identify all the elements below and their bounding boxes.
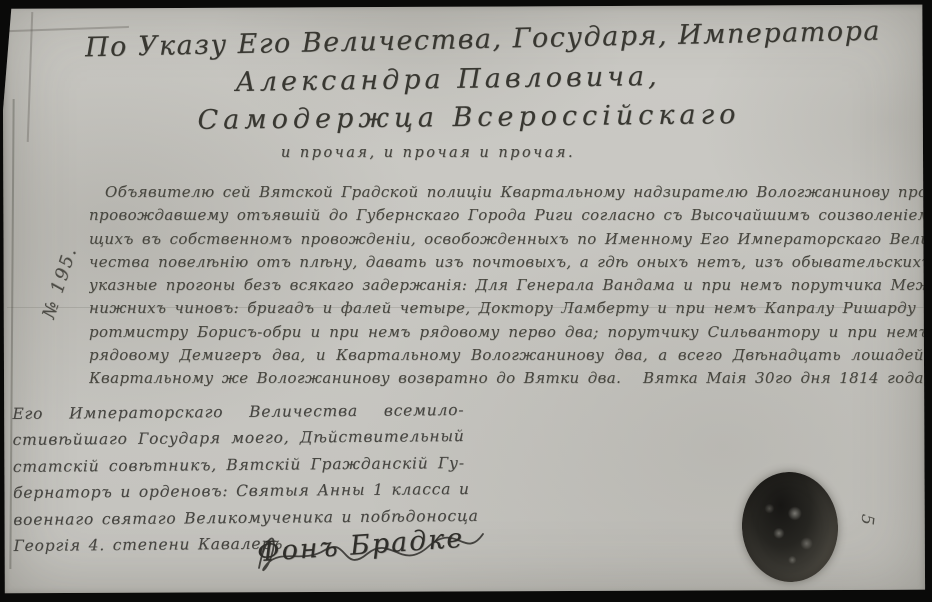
body-paragraph: Объявителю сей Вятской Градской полиціи … xyxy=(89,183,929,393)
heading-line-3: Самодержца Всероссійскаго xyxy=(3,97,932,138)
closing-line: Его Императорскаго Величества всемило- xyxy=(12,401,464,431)
closing-line: бернаторъ и орденовъ: Святыя Анны 1 клас… xyxy=(13,480,465,510)
body-line: нижнихъ чиновъ: бригадъ и фалей четыре, … xyxy=(89,299,929,322)
body-last-line-text: Квартальному же Вологжанинову возвратно … xyxy=(89,369,621,392)
body-last-line: Квартальному же Вологжанинову возвратно … xyxy=(89,369,929,392)
body-line: ротмистру Борисъ-обри и при немъ рядовом… xyxy=(89,323,929,346)
body-line: указные прогоны безъ всякаго задержанія:… xyxy=(89,276,929,299)
governor-signature: Фонъ Брадке xyxy=(251,516,491,586)
manuscript-paper: По Указу Его Величества, Государя, Импер… xyxy=(3,4,926,595)
body-line: щихъ въ собственномъ провожденіи, освобо… xyxy=(89,230,929,253)
closing-line: статскій совѣтникъ, Вятскій Гражданскій … xyxy=(13,454,465,484)
dateline: Вятка Маія 30го дня 1814 года. xyxy=(643,369,929,392)
page-number-mark: 5 xyxy=(856,513,877,527)
closing-line: стивѣйшаго Государя моего, Дѣйствительны… xyxy=(13,427,465,457)
body-line: Объявителю сей Вятской Градской полиціи … xyxy=(89,183,929,206)
heading-line-1: По Указу Его Величества, Государя, Импер… xyxy=(17,14,932,65)
heading-line-2: Александра Павловича, xyxy=(0,57,914,101)
body-line: провождавшему отъявшій до Губернскаго Го… xyxy=(89,206,929,229)
body-line: рядовому Демигеръ два, и Квартальному Во… xyxy=(89,346,929,369)
scanned-document-photo: По Указу Его Величества, Государя, Импер… xyxy=(0,0,932,602)
fold-crease xyxy=(9,26,129,32)
margin-register-number: № 195. xyxy=(33,227,87,338)
heading-line-4: и прочая, и прочая и прочая. xyxy=(0,145,894,161)
body-line: чества повелѣнію отъ плѣну, давать изъ п… xyxy=(89,253,929,276)
oval-ink-seal xyxy=(738,469,841,585)
